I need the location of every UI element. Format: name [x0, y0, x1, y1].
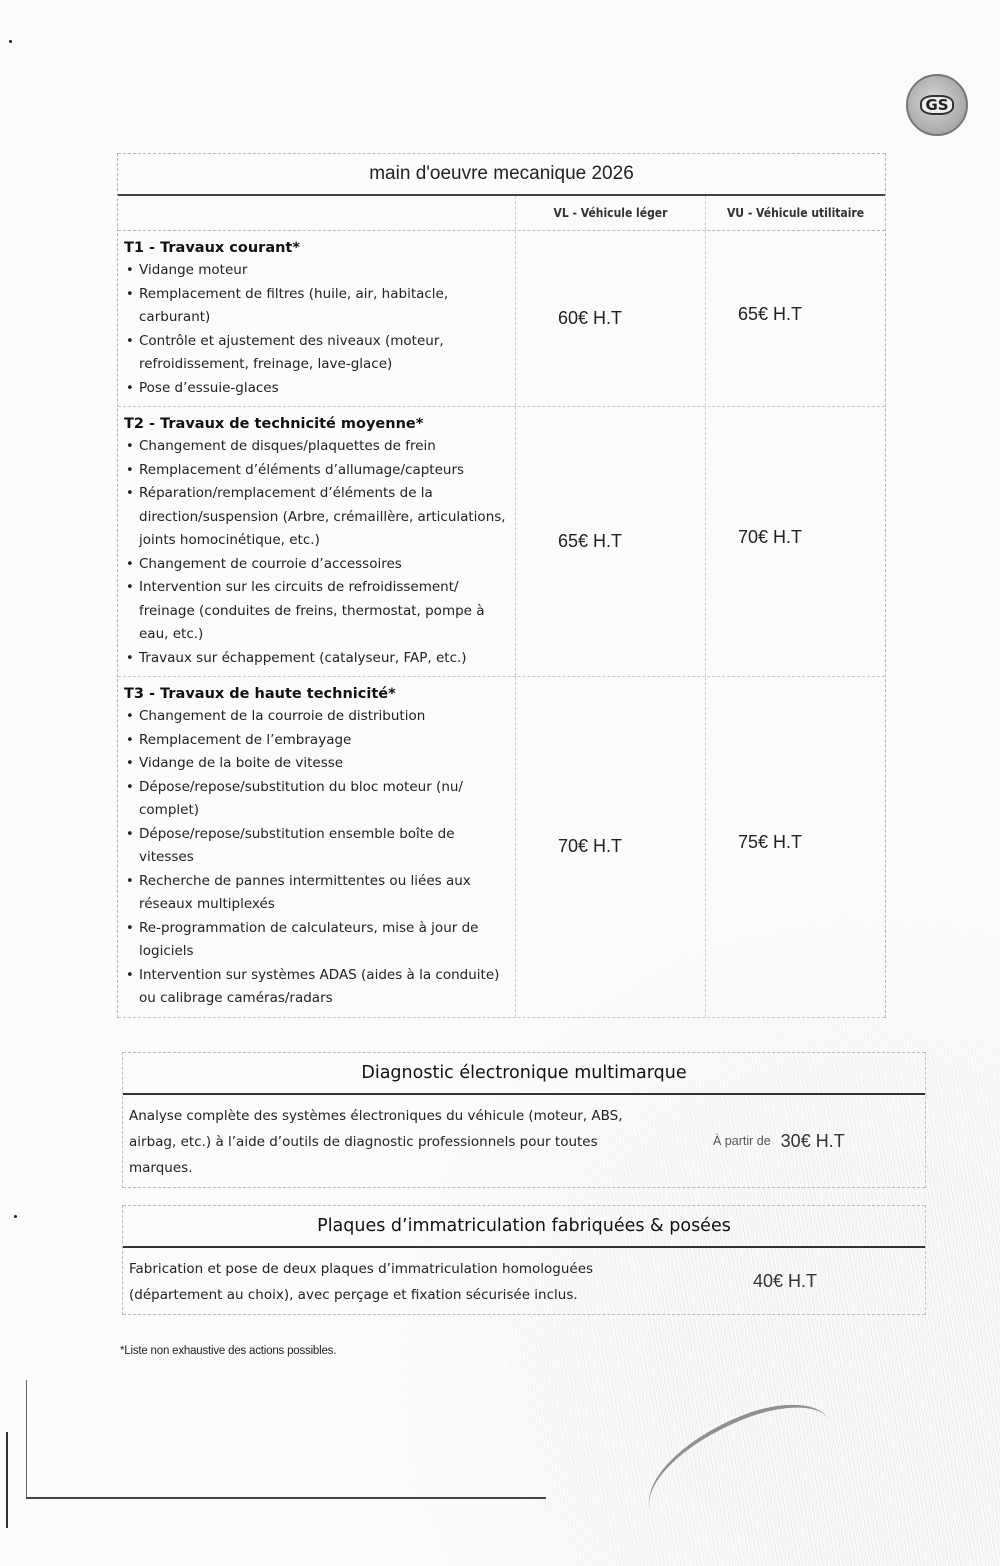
tier-task-item: Remplacement de filtres (huile, air, hab…: [124, 283, 509, 330]
tier-task-item: Recherche de pannes intermittentes ou li…: [124, 870, 509, 917]
tier-task-list: Vidange moteurRemplacement de filtres (h…: [124, 259, 509, 400]
tier-description-cell: T3 - Travaux de haute technicité*Changem…: [118, 677, 515, 1017]
price-vu: 65€ H.T: [705, 231, 885, 406]
tier-description-cell: T2 - Travaux de technicité moyenne*Chang…: [118, 407, 515, 676]
tier-task-item: Intervention sur systèmes ADAS (aides à …: [124, 964, 509, 1011]
tier-task-list: Changement de disques/plaquettes de frei…: [124, 435, 509, 670]
plates-price-cell: 40€ H.T: [663, 1248, 925, 1314]
diagnostic-title: Diagnostic électronique multimarque: [123, 1052, 925, 1095]
header-blank: [118, 196, 515, 230]
plates-section: Plaques d’immatriculation fabriquées & p…: [122, 1205, 926, 1315]
scan-edge-line: [6, 1432, 8, 1528]
diagnostic-price-prefix: À partir de: [713, 1134, 771, 1148]
plates-description: Fabrication et pose de deux plaques d’im…: [123, 1248, 663, 1314]
tier-task-item: Vidange moteur: [124, 259, 509, 283]
plates-price: 40€ H.T: [753, 1271, 817, 1292]
tier-description-cell: T1 - Travaux courant*Vidange moteurRempl…: [118, 231, 515, 406]
diagnostic-row: Analyse complète des systèmes électroniq…: [123, 1095, 925, 1188]
tier-task-item: Vidange de la boite de vitesse: [124, 752, 509, 776]
tier-task-item: Dépose/repose/substitution ensemble boît…: [124, 823, 509, 870]
tier-task-item: Changement de courroie d’accessoires: [124, 553, 509, 577]
speck: [14, 1215, 17, 1218]
header-vu: VU - Véhicule utilitaire: [705, 196, 885, 230]
price-vl: 70€ H.T: [515, 677, 705, 1017]
diagnostic-description: Analyse complète des systèmes électroniq…: [123, 1095, 663, 1187]
gs-logo-icon: GS: [906, 74, 968, 136]
tier-task-item: Remplacement d’éléments d’allumage/capte…: [124, 459, 509, 483]
labor-rates-table: main d'oeuvre mecanique 2026 VL - Véhicu…: [117, 153, 886, 1018]
tier-row: T3 - Travaux de haute technicité*Changem…: [118, 677, 885, 1018]
diagnostic-section: Diagnostic électronique multimarque Anal…: [122, 1052, 926, 1188]
tier-title: T1 - Travaux courant*: [124, 237, 509, 259]
tier-task-item: Travaux sur échappement (catalyseur, FAP…: [124, 647, 509, 671]
tier-task-item: Changement de disques/plaquettes de frei…: [124, 435, 509, 459]
footnote: *Liste non exhaustive des actions possib…: [120, 1345, 336, 1357]
pen-stroke-mark: [630, 1386, 851, 1548]
price-vu: 70€ H.T: [705, 407, 885, 676]
price-vu: 75€ H.T: [705, 677, 885, 1017]
tier-task-item: Pose d’essuie-glaces: [124, 377, 509, 401]
tier-task-item: Intervention sur les circuits de refroid…: [124, 576, 509, 647]
diagnostic-price: 30€ H.T: [781, 1131, 845, 1152]
table-title: main d'oeuvre mecanique 2026: [118, 153, 885, 196]
tier-task-list: Changement de la courroie de distributio…: [124, 705, 509, 1011]
plates-title: Plaques d’immatriculation fabriquées & p…: [123, 1205, 925, 1248]
tier-task-item: Remplacement de l’embrayage: [124, 729, 509, 753]
tier-task-item: Changement de la courroie de distributio…: [124, 705, 509, 729]
table-header-row: VL - Véhicule léger VU - Véhicule utilit…: [118, 196, 885, 231]
tier-row: T1 - Travaux courant*Vidange moteurRempl…: [118, 231, 885, 407]
price-vl: 60€ H.T: [515, 231, 705, 406]
tier-row: T2 - Travaux de technicité moyenne*Chang…: [118, 407, 885, 677]
tier-task-item: Dépose/repose/substitution du bloc moteu…: [124, 776, 509, 823]
scan-bottom-line: [26, 1497, 546, 1499]
tier-task-item: Réparation/remplacement d’éléments de la…: [124, 482, 509, 553]
price-vl: 65€ H.T: [515, 407, 705, 676]
scan-border-line: [26, 1380, 27, 1498]
diagnostic-price-cell: À partir de 30€ H.T: [663, 1095, 925, 1187]
plates-row: Fabrication et pose de deux plaques d’im…: [123, 1248, 925, 1315]
tier-title: T2 - Travaux de technicité moyenne*: [124, 413, 509, 435]
tier-task-item: Contrôle et ajustement des niveaux (mote…: [124, 330, 509, 377]
logo-text: GS: [920, 95, 953, 115]
speck: [9, 40, 12, 43]
tier-title: T3 - Travaux de haute technicité*: [124, 683, 509, 705]
header-vl: VL - Véhicule léger: [515, 196, 705, 230]
tier-task-item: Re-programmation de calculateurs, mise à…: [124, 917, 509, 964]
